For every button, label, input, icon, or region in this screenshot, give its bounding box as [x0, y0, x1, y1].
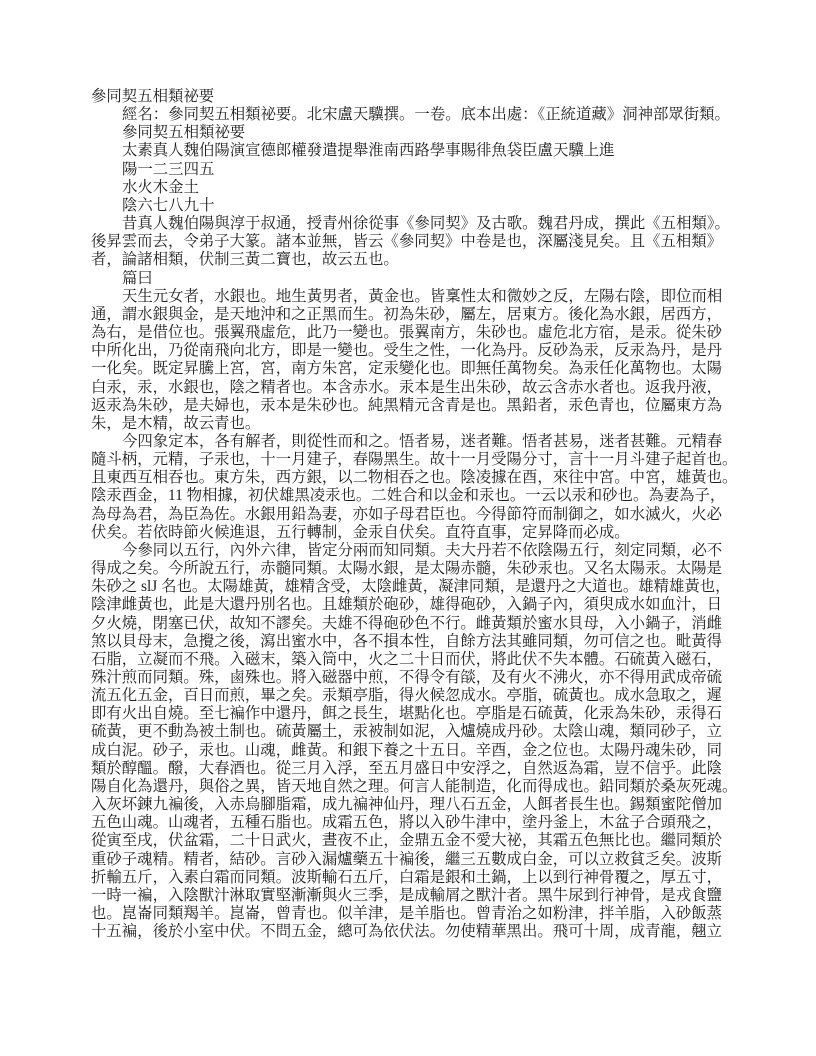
text-block: 參同契五相類祕要經名：參同契五相類祕要。北宋盧天驥撰。一卷。底本出處：《正統道藏… — [91, 88, 739, 941]
text-line: 今參同以五行，內外六律，皆定分兩而知同類。夫大丹若不依陰陽五行，刻定同類，必不 — [91, 542, 739, 560]
text-line: 者，論諸相類，伏制三黃二寶也，故云五也。 — [91, 251, 739, 269]
text-line: 十五褊，後於小室中伏。不問五金，總可為依伏法。勿使精華黑出。飛可十周，成青龍，翹… — [91, 923, 739, 941]
text-line: 昔真人魏伯陽與淳于叔通，授青州徐從事《參同契》及古歌。魏君丹成，撰此《五相類》。 — [91, 215, 739, 233]
text-line: 為右，是借位也。張翼飛虛危，此乃一變也。張翼南方，朱砂也。虛危北方宿，是汞。從朱… — [91, 324, 739, 342]
text-line: 經名：參同契五相類祕要。北宋盧天驥撰。一卷。底本出處：《正統道藏》洞神部眾街類。 — [91, 106, 739, 124]
text-line: 即有火出自燒。至七褊作中還丹，餌之長生，堪點化也。亭脂是石硫黃，化汞為朱砂，汞得… — [91, 705, 739, 723]
text-line: 陽一二三四五 — [91, 161, 739, 179]
text-line: 返汞為朱砂，是夫婦也，汞本是朱砂也。純黑精元含青是也。黑鉛者，汞色青也，位屬東方… — [91, 397, 739, 415]
text-line: 折輸五斤，入素白霜而同類。波斯輸石五斤，白霜是銀和土鍋，上以到行神骨覆之，厚五寸… — [91, 869, 739, 887]
text-line: 伏矣。若依時節火候進退，五行轉制，金汞自伏矣。直符直事，定昇降而必成。 — [91, 524, 739, 542]
text-line: 今四象定本，各有解者，則從性而和之。悟者易，迷者難。悟者甚易，迷者甚難。元精春 — [91, 433, 739, 451]
text-line: 硫黃，更不動為被土制也。硫黃屬土，汞被制如泥，入爐燒成丹砂。太陰山魂，類同砂子，… — [91, 723, 739, 741]
text-line: 參同契五相類祕要 — [91, 124, 739, 142]
text-line: 重砂子魂精。精者，結砂。言砂入漏爐藥五十褊後，繼三五數成白金，可以立救貧乏矣。波… — [91, 851, 739, 869]
text-line: 五色山魂。山魂者，五種石脂也。成霜五色，將以入砂牛津中，塗丹釜上，木盆子合頭飛之… — [91, 814, 739, 832]
text-line: 得成之矣。今所說五行，赤髓同類。太陽水銀，是太陽赤髓，朱砂汞也。又名太陽汞。太陽… — [91, 560, 739, 578]
text-line: 一化矣。既定昇騰上宮，宮，南方朱宮，定汞變化也。即無任萬物矣。為汞任化萬物也。太… — [91, 360, 739, 378]
text-line: 水火木金土 — [91, 179, 739, 197]
text-line: 為母為君，為臣為佐。水銀用鉛為妻，亦如子母君臣也。今得節符而制御之，如水滅火，火… — [91, 506, 739, 524]
text-line: 從寅至戌，伏盆霜，二十日武火，晝夜不止，金鼎五金不愛大祕，其霜五色無比也。繼同類… — [91, 832, 739, 850]
text-line: 煞以貝母末，急攪之後，瀉出蜜水中，各不損本性，自餘方法其雖同類，勿可信之也。毗黃… — [91, 633, 739, 651]
text-line: 篇曰 — [91, 270, 739, 288]
text-line: 一時一褊，入陰獸汁淋取實堅漸漸與火三季，是成輸屑之獸汁者。黑牛尿到行神骨，是戎食… — [91, 887, 739, 905]
text-line: 後昇雲而去，令弟子大篆。諸本並無，皆云《參同契》中卷是也，深屬淺見矣。且《五相類… — [91, 233, 739, 251]
document-page: 參同契五相類祕要經名：參同契五相類祕要。北宋盧天驥撰。一卷。底本出處：《正統道藏… — [0, 0, 816, 1056]
text-line: 類於醇醞。醱，大春酒也。從三月入浮，至五月盛日中安浮之，自然返為霜，豈不信乎。此… — [91, 760, 739, 778]
text-line: 陽自化為還丹，與俗之異，皆天地自然之理。何言人能制造，化而得成也。鉛同類於桑灰死… — [91, 778, 739, 796]
text-line: 入灰坏鍊九褊後，入赤烏腳脂霜，成九褊神仙丹，理八石五金，人餌者長生也。錫類蜜陀僧… — [91, 796, 739, 814]
text-line: 殊汁煎而同類。殊，鹵殊也。將入磁器中煎，不得令有燄，及有火不沸火，亦不得用武成帝… — [91, 669, 739, 687]
text-line: 中所化出，乃從南飛向北方，即是一變也。受生之性，一化為丹。反砂為汞，反汞為丹，是… — [91, 342, 739, 360]
text-line: 隨斗柄，元精，子汞也，十一月建子，春陽黑生。故十一月受陽分寸，言十一月斗建子起首… — [91, 451, 739, 469]
text-line: 太素真人魏伯陽演宣德郎權發遣提舉淮南西路學事賜徘魚袋臣盧天驥上進 — [91, 142, 739, 160]
text-line: 流五化五金，百日而煎，畢之矣。汞類亭脂，得火候忽成水。亭脂，硫黃也。成水急取之，… — [91, 687, 739, 705]
text-line: 白汞，汞，水銀也，陰之精者也。本含赤水。汞本是生出朱砂，故云含赤水者也。返我丹液… — [91, 379, 739, 397]
text-line: 朱砂之 slJ 名也。太陽雄黃，雄精含受，太陰雌黃，凝津同類，是還丹之大道也。雄… — [91, 578, 739, 596]
text-line: 陰六七八九十 — [91, 197, 739, 215]
text-line: 通，謂水銀與金，是天地沖和之正黑而生。初為朱砂，屬左，居東方。後化為水銀，居西方… — [91, 306, 739, 324]
text-line: 天生元女者，水銀也。地生黃男者，黃金也。皆稟性太和微妙之反，左陽右陰，即位而相 — [91, 288, 739, 306]
text-line: 朱，是木精，故云青也。 — [91, 415, 739, 433]
text-line: 參同契五相類祕要 — [91, 88, 739, 106]
text-line: 陰汞酉金，11 物相據，初伏雄黑凌汞也。二姓合和以金和汞也。一云以汞和砂也。為妻… — [91, 487, 739, 505]
text-line: 且東西互相吞也。東方朱，西方銀，以二物相吞之也。陰凌據在酉，來往中宮。中宮，雄黃… — [91, 469, 739, 487]
text-line: 成白泥。砂子，汞也。山魂，雌黃。和銀下養之十五日。辛酉，金之位也。太陽丹魂朱砂，… — [91, 742, 739, 760]
text-line: 也。崑崙同類羯羊。崑崙，曾青也。似羊津，是羊脂也。曾青治之如粉津，拌羊脂，入砂飯… — [91, 905, 739, 923]
text-line: 夕火燒，閉塞已伏，故知不謬矣。夫雄不得砲砂色不行。雌黃類於蜜水貝母，入小鍋子，消… — [91, 615, 739, 633]
text-line: 石脂，立凝而不飛。入磁末，築入筒中，火之二十日而伏，將此伏不失本體。石硫黃入磁石… — [91, 651, 739, 669]
text-line: 陰津雌黃也，此是大還丹別名也。且雄類於砲砂，雄得砲砂，入鍋子內，須臾成水如血汁，… — [91, 596, 739, 614]
